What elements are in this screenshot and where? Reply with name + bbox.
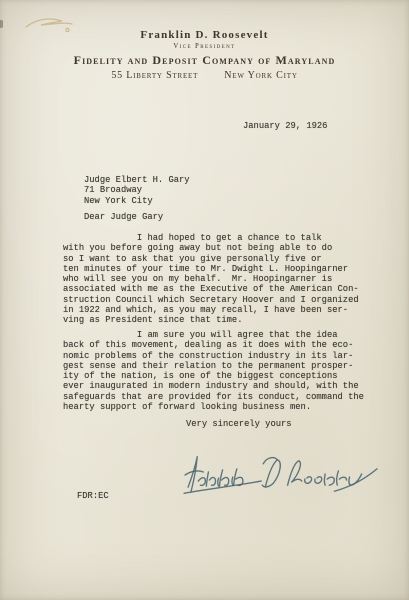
signature-stroke [206, 472, 215, 486]
letterhead: Franklin D. Roosevelt Vice President Fid… [0, 29, 409, 81]
recipient-address-block: Judge Elbert H. Gary 71 Broadway New Yor… [84, 175, 190, 206]
body-paragraph-1: I had hoped to get a chance to talk with… [63, 233, 359, 326]
signature-stroke [288, 461, 302, 485]
letterhead-street: 55 Liberty Street [111, 70, 198, 81]
letter-page: Franklin D. Roosevelt Vice President Fid… [0, 0, 409, 600]
signature-stroke [337, 471, 347, 485]
signature-stroke [305, 477, 312, 484]
closing-line: Very sincerely yours [186, 419, 292, 429]
signature-stroke [222, 477, 233, 485]
signature-stroke [218, 470, 223, 486]
scan-edge-speck [0, 20, 3, 28]
signature-stroke [188, 457, 197, 492]
signature-stroke [315, 477, 322, 484]
signature-stroke [234, 469, 243, 486]
signature-stroke [262, 458, 280, 488]
letterhead-city: New York City [224, 70, 297, 81]
letterhead-company: Fidelity and Deposit Company of Maryland [0, 54, 409, 67]
pencil-stroke [26, 19, 72, 27]
letterhead-name: Franklin D. Roosevelt [0, 29, 409, 42]
signature-stroke [198, 478, 205, 486]
body-paragraph-2: I am sure you will agree that the idea b… [63, 330, 364, 412]
letterhead-address-line: 55 Liberty Street New York City [0, 70, 409, 81]
signature-stroke [334, 469, 377, 491]
letterhead-title: Vice President [0, 43, 409, 51]
typist-initials: FDR:EC [77, 491, 109, 501]
signature-franklin-d-roosevelt [182, 446, 380, 504]
date-line: January 29, 1926 [243, 121, 327, 131]
signature-stroke [324, 474, 334, 485]
signature-stroke [184, 481, 261, 493]
salutation: Dear Judge Gary [84, 212, 163, 222]
